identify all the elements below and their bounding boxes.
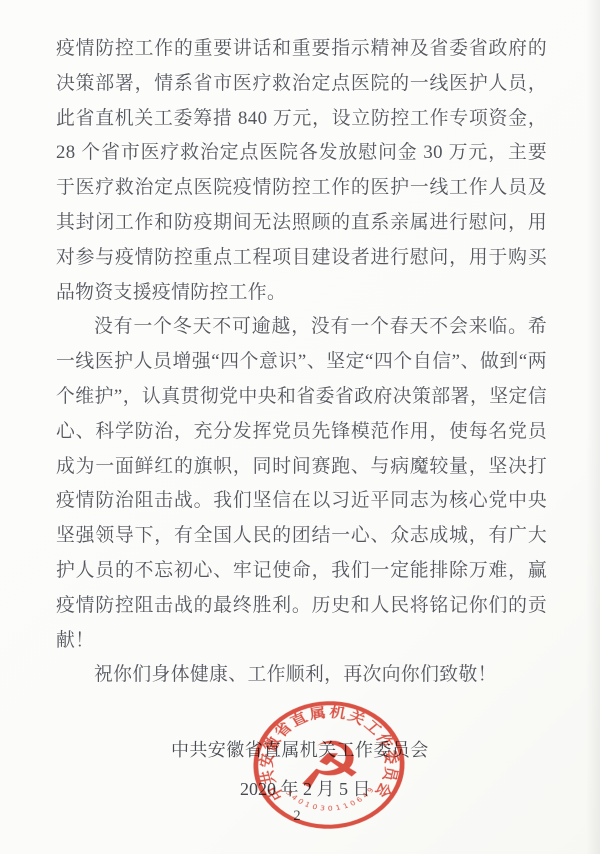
letter-line: 没有一个冬天不可逾越，没有一个春天不会来临。希望 xyxy=(56,310,547,345)
letter-line: 献！ xyxy=(56,624,547,659)
letter-line: 心、科学防治，充分发挥党员先锋模范作用，使每名党员都 xyxy=(56,415,547,450)
letter-line: 祝你们身体健康、工作顺利，再次向你们致敬！ xyxy=(56,658,547,693)
letter-line: 此省直机关工委筹措 840 万元，设立防控工作专项资金，向 xyxy=(56,102,547,137)
letter-line: 28 个省市医疗救治定点医院各发放慰问金 30 万元，主要用 xyxy=(56,136,547,171)
letter-line: 疫情防控工作的重要讲话和重要指示精神及省委省政府的 xyxy=(56,32,547,67)
letter-line: 品物资支援疫情防控工作。 xyxy=(56,276,547,311)
letter-line: 个维护”，认真贯彻党中央和省委省政府决策部署，坚定信 xyxy=(56,380,547,415)
scan-edge-shadow xyxy=(586,0,600,854)
letter-line: 一线医护人员增强“四个意识”、坚定“四个自信”、做到“两 xyxy=(56,345,547,380)
letter-line: 对参与疫情防控重点工程项目建设者进行慰问，用于购买物 xyxy=(56,241,547,276)
letter-line: 成为一面鲜红的旗帜，同时间赛跑、与病魔较量，坚决打赢 xyxy=(56,450,547,485)
letter-line: 坚强领导下，有全国人民的团结一心、众志成城，有广大医 xyxy=(56,519,547,554)
letter-line: 于医疗救治定点医院疫情防控工作的医护一线工作人员及 xyxy=(56,171,547,206)
letter-line: 疫情防治阻击战。我们坚信在以习近平同志为核心党中央的 xyxy=(56,484,547,519)
letter-line: 决策部署，情系省市医疗救治定点医院的一线医护人员，为 xyxy=(56,67,547,102)
letter-line: 护人员的不忘初心、牢记使命，我们一定能排除万难，赢得 xyxy=(56,554,547,589)
letter-body: 疫情防控工作的重要讲话和重要指示精神及省委省政府的决策部署，情系省市医疗救治定点… xyxy=(56,32,547,693)
official-seal-stamp: 中共安徽省直属机关工作委员会 ☭ 3401030110649 xyxy=(250,697,408,832)
letter-line: 疫情防控阻击战的最终胜利。历史和人民将铭记你们的贡 xyxy=(56,589,547,624)
letter-line: 其封闭工作和防疫期间无法照顾的直系亲属进行慰问，用于 xyxy=(56,206,547,241)
document-page: 疫情防控工作的重要讲话和重要指示精神及省委省政府的决策部署，情系省市医疗救治定点… xyxy=(0,0,600,854)
hammer-sickle-icon: ☭ xyxy=(294,728,364,803)
